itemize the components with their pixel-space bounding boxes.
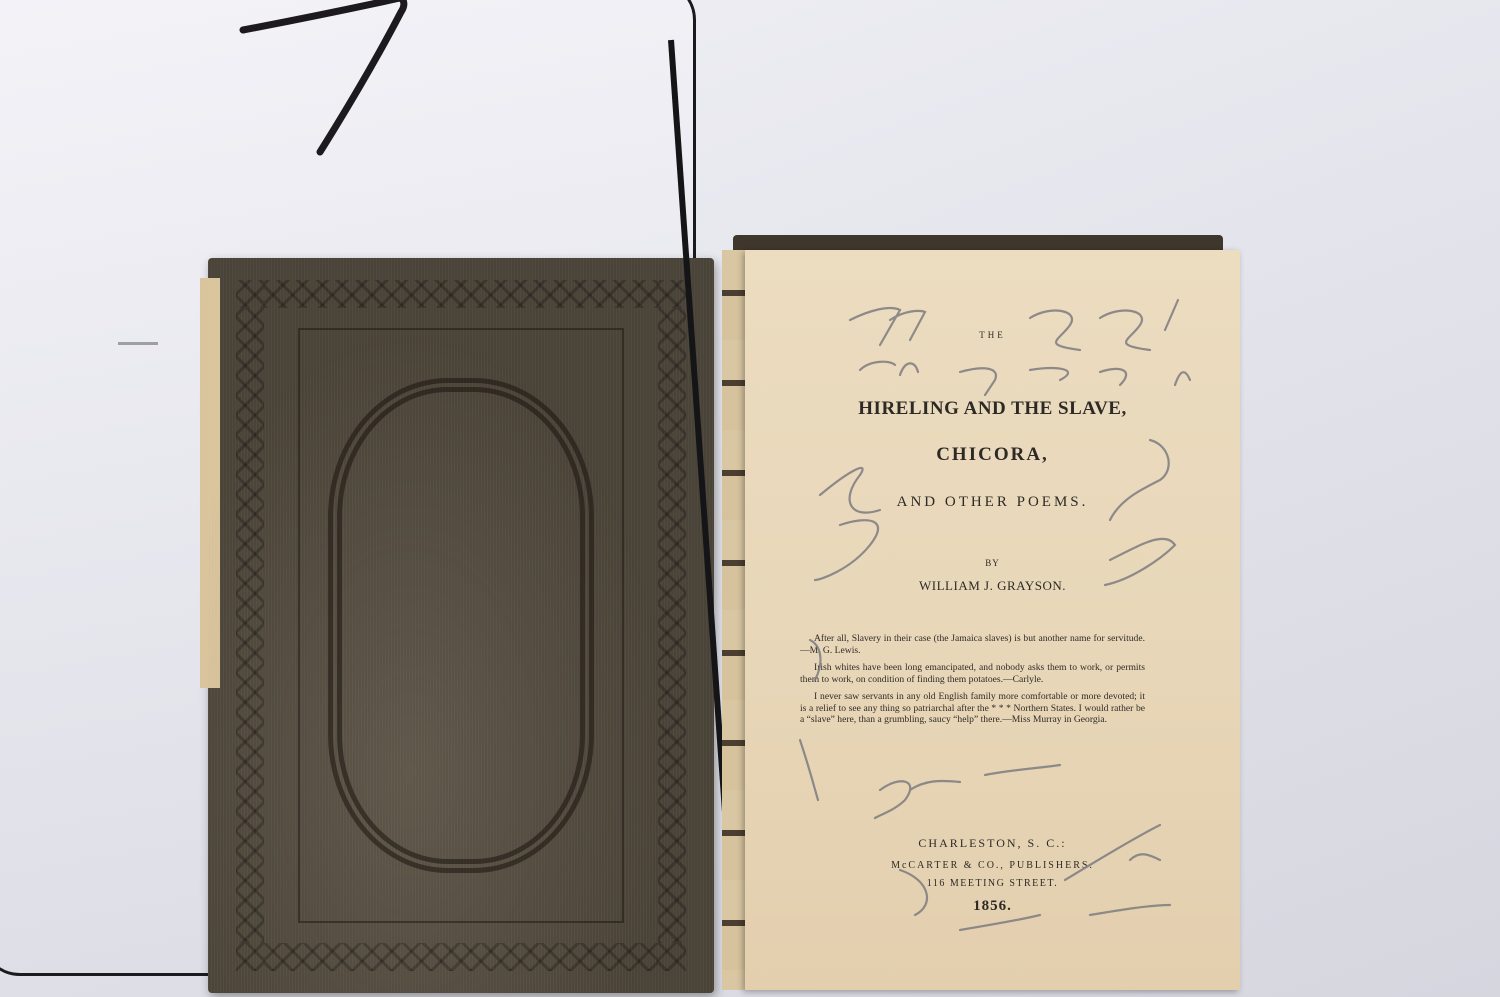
- left-book-cover: [208, 258, 714, 993]
- imprint-address: 116 MEETING STREET.: [745, 878, 1240, 889]
- imprint-city: CHARLESTON, S. C.:: [745, 836, 1240, 851]
- title-line-2: CHICORA,: [745, 444, 1240, 466]
- epigraphs: After all, Slavery in their case (the Ja…: [800, 633, 1145, 732]
- oval-wreath-ornament: [328, 378, 594, 873]
- epigraph: After all, Slavery in their case (the Ja…: [800, 633, 1145, 656]
- epigraph: I never saw servants in any old English …: [800, 691, 1145, 726]
- byline-label: BY: [745, 558, 1240, 568]
- title-the: THE: [745, 330, 1240, 340]
- author-name: WILLIAM J. GRAYSON.: [745, 578, 1240, 594]
- imprint-publisher: McCARTER & CO., PUBLISHERS.: [745, 860, 1240, 871]
- lot-number-marker: [235, 0, 415, 172]
- title-line-3: AND OTHER POEMS.: [745, 494, 1240, 511]
- pencil-dash: [118, 342, 158, 345]
- epigraph: Irish whites have been long emancipated,…: [800, 662, 1145, 685]
- title-line-1: HIRELING AND THE SLAVE,: [745, 398, 1240, 420]
- imprint-year: 1856.: [745, 898, 1240, 915]
